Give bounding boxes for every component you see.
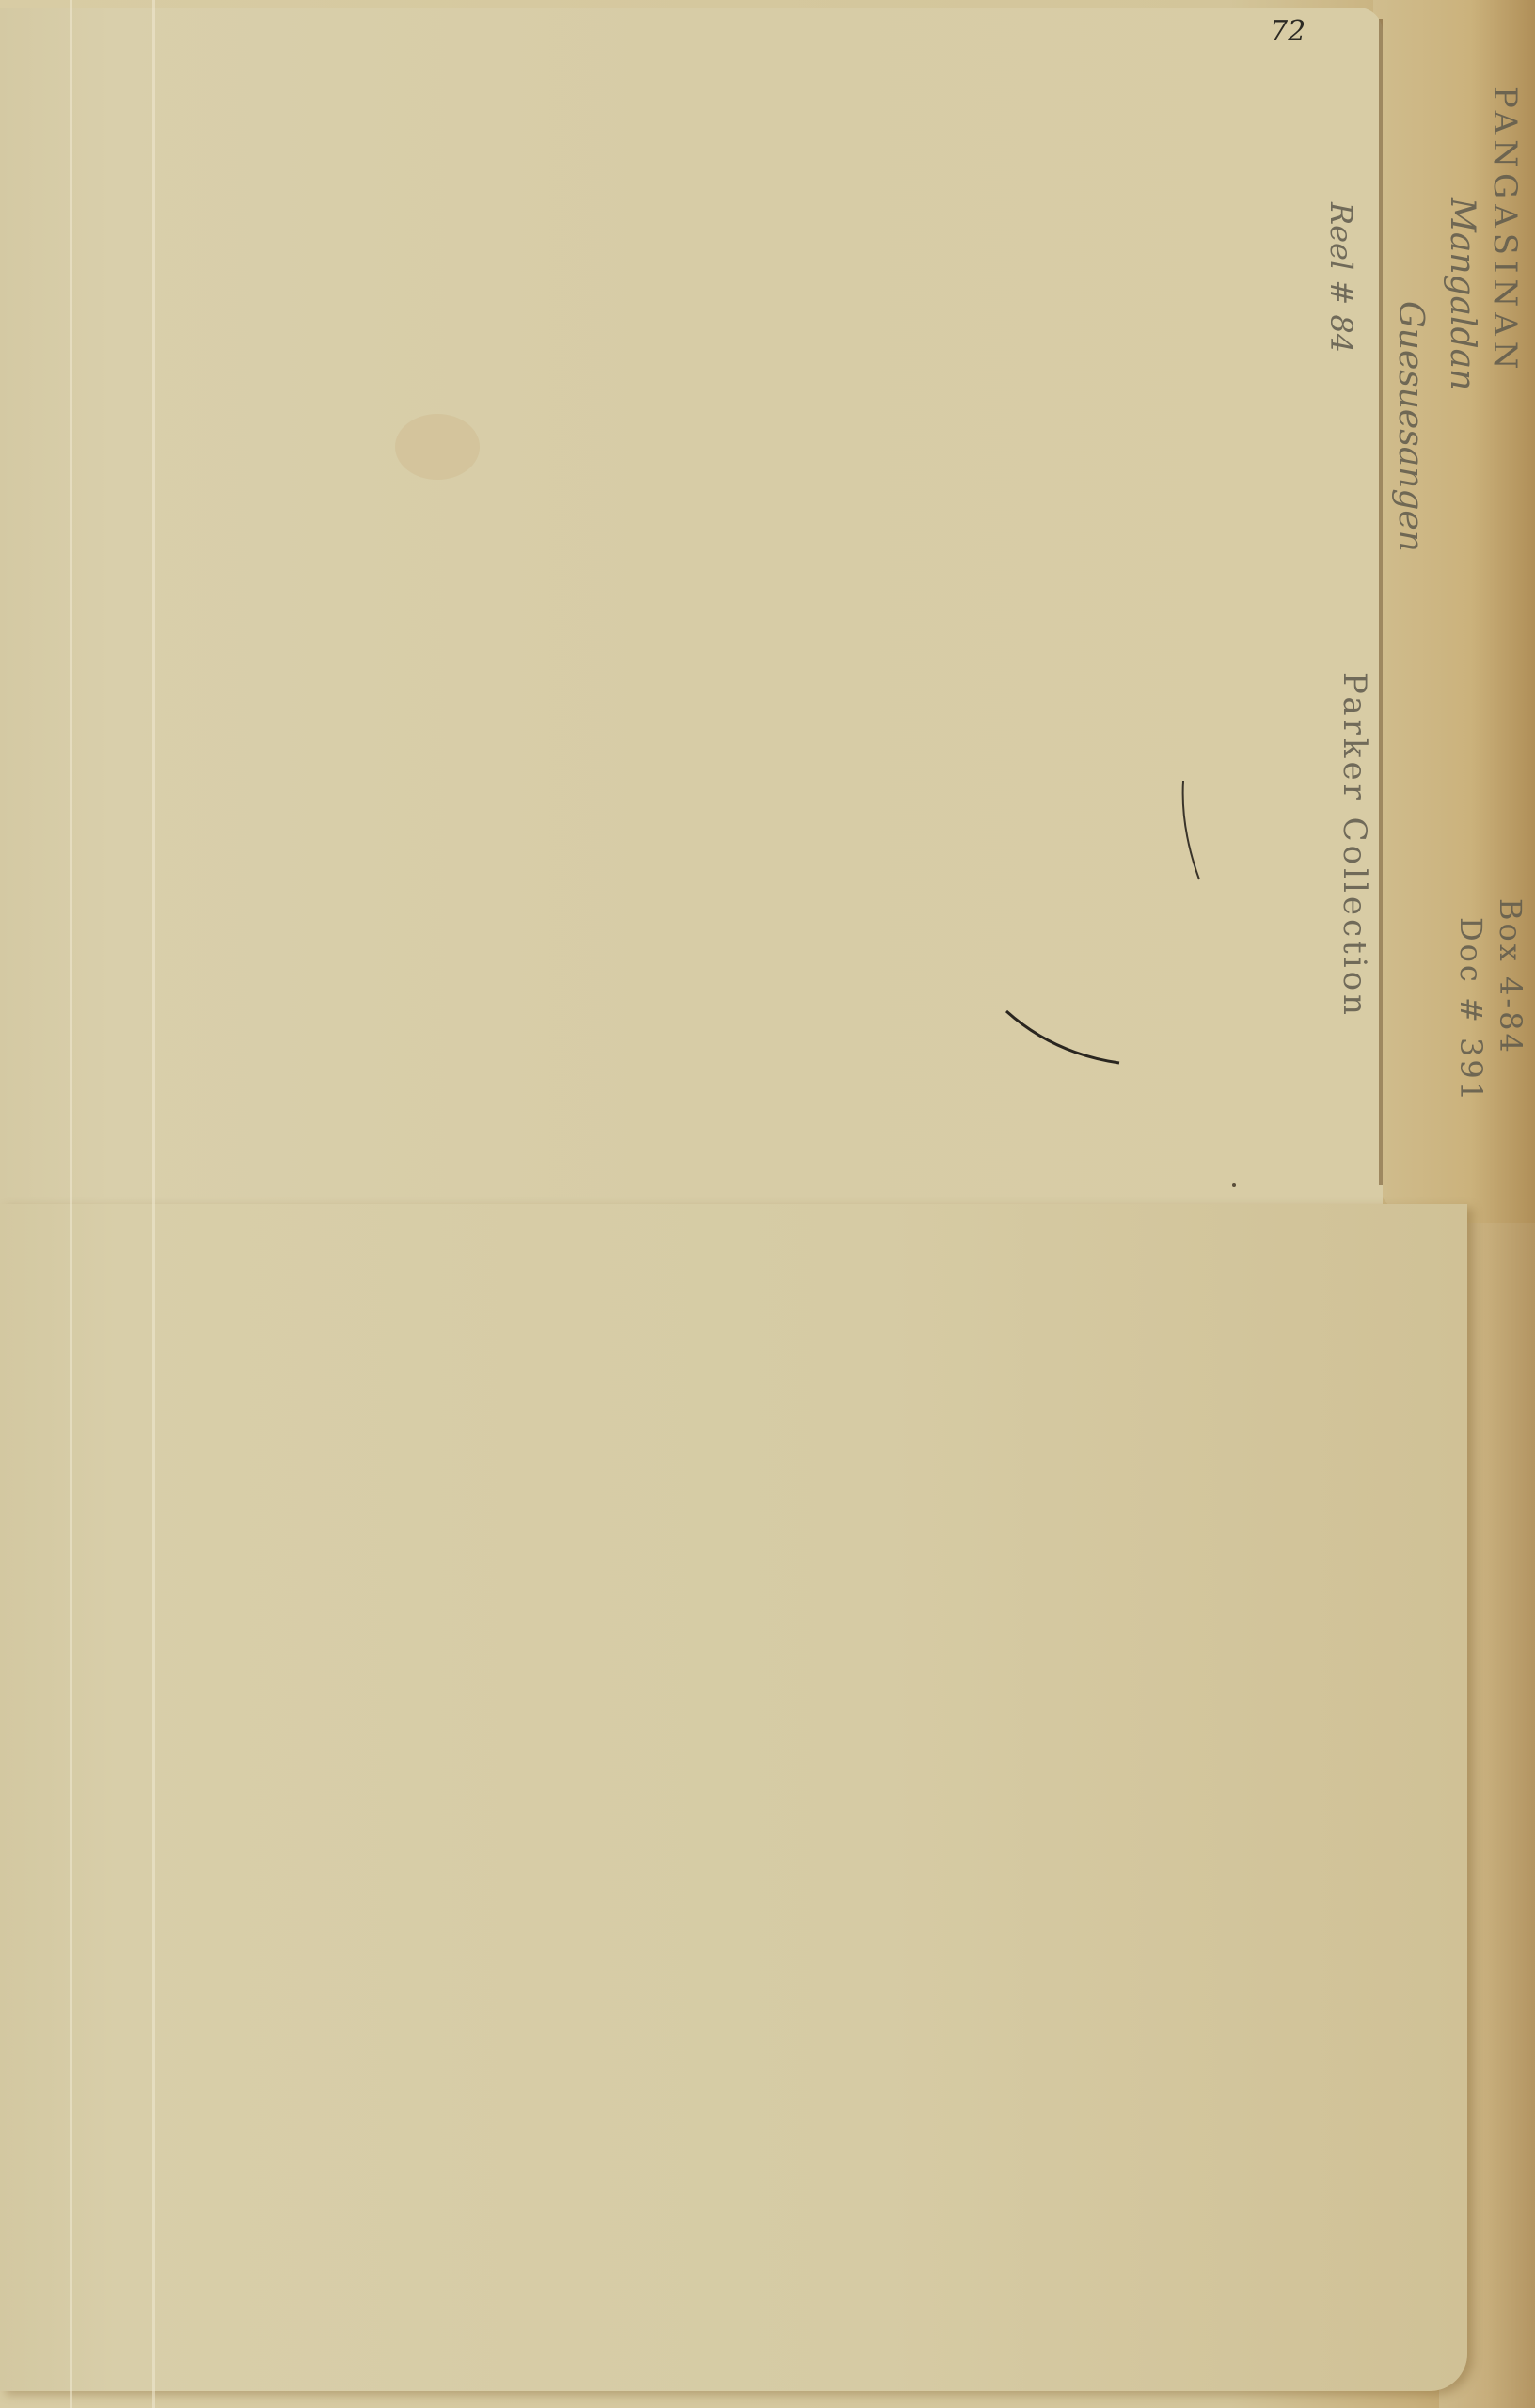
stray-marks	[0, 0, 1535, 2408]
